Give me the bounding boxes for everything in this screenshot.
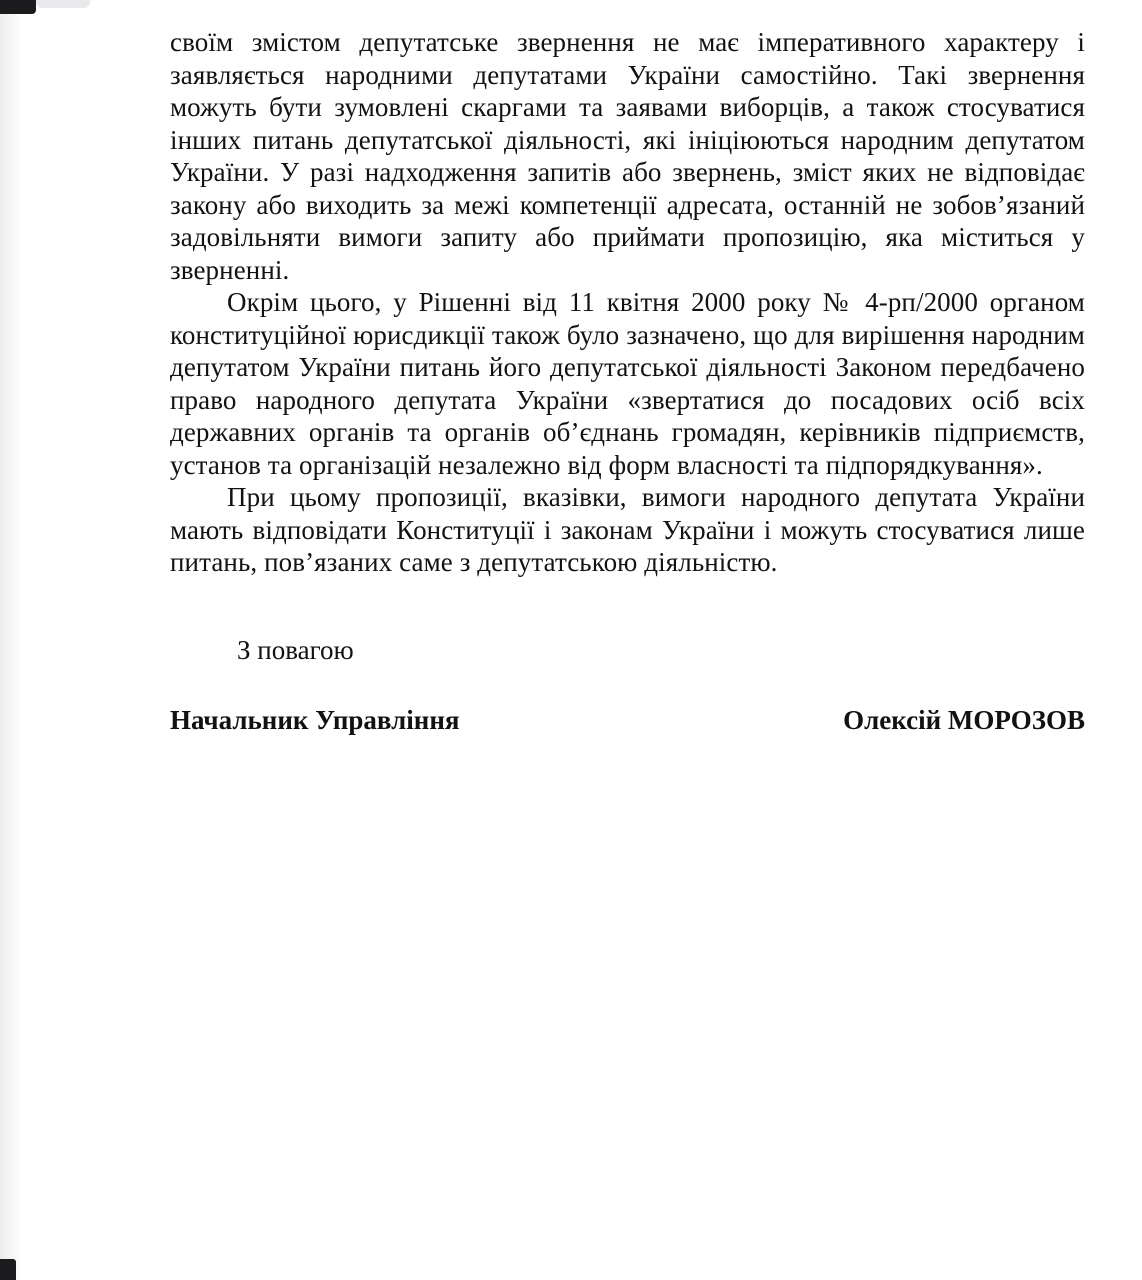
signer-title: Начальник Управління [170,704,460,737]
paragraph-continuation: своїм змістом депутатське звернення не м… [170,26,1085,286]
scan-top-tab-artifact [36,0,90,8]
signer-name: Олексій МОРОЗОВ [843,704,1085,737]
closing-salutation: З повагою [170,634,1085,667]
scan-corner-mark-top-left [0,0,36,14]
paragraph-conclusion: При цьому пропозиції, вказівки, вимоги н… [170,481,1085,579]
paragraph-decision-reference: Окрім цього, у Рішенні від 11 квітня 200… [170,286,1085,481]
document-page: своїм змістом депутатське звернення не м… [170,26,1085,737]
signature-block: Начальник Управління Олексій МОРОЗОВ [170,704,1085,737]
scan-corner-mark-bottom-left [0,1259,16,1280]
scan-edge-strip [0,0,22,1280]
scanned-letter-page: { "document": { "kind": "official-letter… [0,0,1142,1280]
